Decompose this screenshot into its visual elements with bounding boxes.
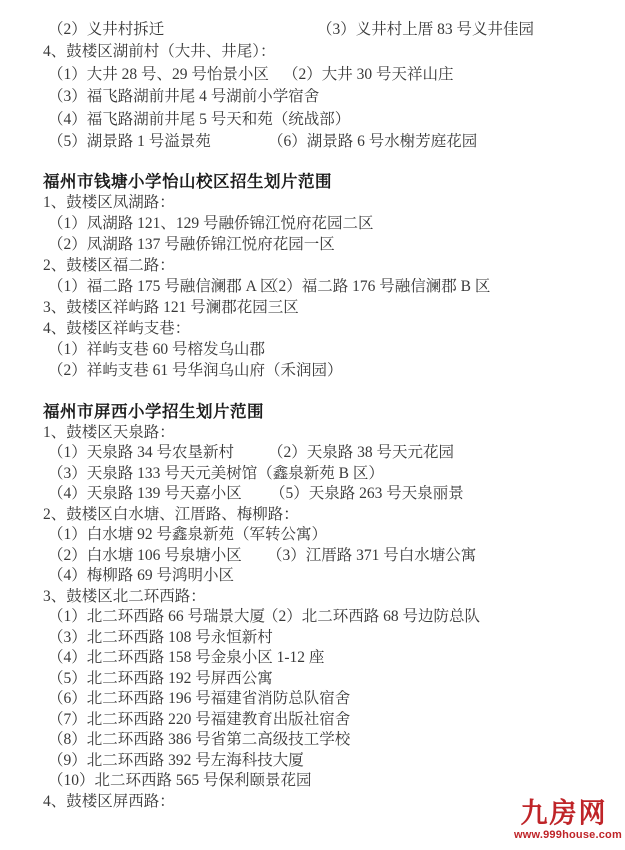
watermark: 九房网 www.999house.com xyxy=(514,798,614,841)
street-group-line: 3、鼓楼区祥屿路 121 号澜郡花园三区 xyxy=(0,297,625,318)
line-text: （4）天泉路 139 号天嘉小区 xyxy=(48,484,242,505)
line-text: （3）北二环西路 108 号永恒新村 xyxy=(48,628,273,649)
address-line: （2）祥屿支巷 61 号华润乌山府（禾润园） xyxy=(0,360,625,381)
line-text: （1）天泉路 34 号农垦新村 xyxy=(48,443,234,464)
line-text: （4）梅柳路 69 号鸿明小区 xyxy=(48,566,234,587)
line-text-col2: （5）天泉路 263 号天泉丽景 xyxy=(270,484,464,505)
line-text: 3、鼓楼区祥屿路 121 号澜郡花园三区 xyxy=(43,297,299,318)
street-group-line: 2、鼓楼区白水塘、江厝路、梅柳路： xyxy=(0,505,625,526)
line-text-col2: （6）湖景路 6 号水榭芳庭花园 xyxy=(268,131,477,153)
text-block: 福州市屏西小学招生划片范围1、鼓楼区天泉路：（1）天泉路 34 号农垦新村（2）… xyxy=(0,402,625,812)
address-line: （1）祥屿支巷 60 号榕发乌山郡 xyxy=(0,339,625,360)
line-text: 福州市屏西小学招生划片范围 xyxy=(43,402,264,423)
section-heading: 福州市屏西小学招生划片范围 xyxy=(0,402,625,423)
line-text: （2）凤湖路 137 号融侨锦江悦府花园一区 xyxy=(48,234,335,255)
address-line: （7）北二环西路 220 号福建教育出版社宿舍 xyxy=(0,710,625,731)
line-text: （1）祥屿支巷 60 号榕发乌山郡 xyxy=(48,339,265,360)
watermark-url: www.999house.com xyxy=(514,829,614,841)
address-line: （1）凤湖路 121、129 号融侨锦江悦府花园二区 xyxy=(0,213,625,234)
street-group-line: 1、鼓楼区凤湖路： xyxy=(0,192,625,213)
line-text: （1）北二环西路 66 号瑞景大厦 xyxy=(48,607,265,628)
address-line: （5）湖景路 1 号溢景苑（6）湖景路 6 号水榭芳庭花园 xyxy=(0,131,625,153)
section-heading: 福州市钱塘小学怡山校区招生划片范围 xyxy=(0,171,625,192)
address-line: （3）天泉路 133 号天元美树馆（鑫泉新苑 B 区） xyxy=(0,464,625,485)
address-line: （3）北二环西路 108 号永恒新村 xyxy=(0,628,625,649)
address-line: （2）凤湖路 137 号融侨锦江悦府花园一区 xyxy=(0,234,625,255)
document-page: （2）义井村拆迁（3）义井村上厝 83 号义井佳园4、鼓楼区湖前村（大井、井尾）… xyxy=(0,0,625,850)
address-line: （1）大井 28 号、29 号怡景小区（2）大井 30 号天祥山庄 xyxy=(0,64,625,86)
address-line: （4）北二环西路 158 号金泉小区 1-12 座 xyxy=(0,648,625,669)
address-line: （1）福二路 175 号融信澜郡 A 区（2）福二路 176 号融信澜郡 B 区 xyxy=(0,276,625,297)
line-text: 2、鼓楼区白水塘、江厝路、梅柳路： xyxy=(43,505,299,526)
address-line: （2）白水塘 106 号泉塘小区（3）江厝路 371 号白水塘公寓 xyxy=(0,546,625,567)
line-text: 福州市钱塘小学怡山校区招生划片范围 xyxy=(43,171,332,192)
line-text-col2: （2）大井 30 号天祥山庄 xyxy=(283,64,454,86)
line-text: （5）北二环西路 192 号屏西公寓 xyxy=(48,669,273,690)
line-text: （9）北二环西路 392 号左海科技大厦 xyxy=(48,751,304,772)
line-text: 3、鼓楼区北二环西路： xyxy=(43,587,206,608)
address-line: （3）福飞路湖前井尾 4 号湖前小学宿舍 xyxy=(0,86,625,108)
line-text: （8）北二环西路 386 号省第二高级技工学校 xyxy=(48,730,350,751)
address-line: （1）北二环西路 66 号瑞景大厦（2）北二环西路 68 号边防总队 xyxy=(0,607,625,628)
line-text: （1）大井 28 号、29 号怡景小区 xyxy=(48,64,269,86)
line-text: （2）义井村拆迁 xyxy=(48,19,164,41)
address-line: （4）天泉路 139 号天嘉小区（5）天泉路 263 号天泉丽景 xyxy=(0,484,625,505)
watermark-logo: 九房网 xyxy=(514,798,614,829)
address-line: （9）北二环西路 392 号左海科技大厦 xyxy=(0,751,625,772)
street-group-line: 2、鼓楼区福二路： xyxy=(0,255,625,276)
address-line: （8）北二环西路 386 号省第二高级技工学校 xyxy=(0,730,625,751)
line-text: （1）凤湖路 121、129 号融侨锦江悦府花园二区 xyxy=(48,213,374,234)
address-line: （10）北二环西路 565 号保利颐景花园 xyxy=(0,771,625,792)
line-text: （3）天泉路 133 号天元美树馆（鑫泉新苑 B 区） xyxy=(48,464,384,485)
street-group-line: 3、鼓楼区北二环西路： xyxy=(0,587,625,608)
street-group-line: 4、鼓楼区湖前村（大井、井尾）： xyxy=(0,41,625,63)
address-line: （5）北二环西路 192 号屏西公寓 xyxy=(0,669,625,690)
line-text: （5）湖景路 1 号溢景苑 xyxy=(48,131,211,153)
line-text: （10）北二环西路 565 号保利颐景花园 xyxy=(48,771,312,792)
street-group-line: 4、鼓楼区祥屿支巷： xyxy=(0,318,625,339)
street-group-line: 1、鼓楼区天泉路： xyxy=(0,423,625,444)
line-text: （4）福飞路湖前井尾 5 号天和苑（统战部） xyxy=(48,109,350,131)
line-text: （3）福飞路湖前井尾 4 号湖前小学宿舍 xyxy=(48,86,319,108)
line-text: （2）祥屿支巷 61 号华润乌山府（禾润园） xyxy=(48,360,343,381)
line-text: （2）白水塘 106 号泉塘小区 xyxy=(48,546,242,567)
line-text: 4、鼓楼区祥屿支巷： xyxy=(43,318,190,339)
line-text-col2: （2）天泉路 38 号天元花园 xyxy=(268,443,454,464)
line-text: 2、鼓楼区福二路： xyxy=(43,255,175,276)
line-text-col2: （3）义井村上厝 83 号义井佳园 xyxy=(317,19,534,41)
line-text: （7）北二环西路 220 号福建教育出版社宿舍 xyxy=(48,710,350,731)
line-text: （4）北二环西路 158 号金泉小区 1-12 座 xyxy=(48,648,324,669)
address-line: （1）天泉路 34 号农垦新村（2）天泉路 38 号天元花园 xyxy=(0,443,625,464)
line-text: （1）白水塘 92 号鑫泉新苑（军转公寓） xyxy=(48,525,327,546)
address-line: （6）北二环西路 196 号福建省消防总队宿舍 xyxy=(0,689,625,710)
address-line: （1）白水塘 92 号鑫泉新苑（军转公寓） xyxy=(0,525,625,546)
line-text-col2: （2）北二环西路 68 号边防总队 xyxy=(263,607,480,628)
line-text: （6）北二环西路 196 号福建省消防总队宿舍 xyxy=(48,689,350,710)
address-line: （4）福飞路湖前井尾 5 号天和苑（统战部） xyxy=(0,109,625,131)
text-block: （2）义井村拆迁（3）义井村上厝 83 号义井佳园4、鼓楼区湖前村（大井、井尾）… xyxy=(0,19,625,153)
line-text: 4、鼓楼区湖前村（大井、井尾）： xyxy=(43,41,276,63)
line-text-col2: （2）福二路 176 号融信澜郡 B 区 xyxy=(263,276,490,297)
line-text: 4、鼓楼区屏西路： xyxy=(43,792,175,813)
line-text-col2: （3）江厝路 371 号白水塘公寓 xyxy=(267,546,476,567)
line-text: 1、鼓楼区凤湖路： xyxy=(43,192,175,213)
line-text: 1、鼓楼区天泉路： xyxy=(43,423,175,444)
address-line: （4）梅柳路 69 号鸿明小区 xyxy=(0,566,625,587)
text-block: 福州市钱塘小学怡山校区招生划片范围1、鼓楼区凤湖路：（1）凤湖路 121、129… xyxy=(0,171,625,381)
address-line: （2）义井村拆迁（3）义井村上厝 83 号义井佳园 xyxy=(0,19,625,41)
line-text: （1）福二路 175 号融信澜郡 A 区 xyxy=(48,276,275,297)
